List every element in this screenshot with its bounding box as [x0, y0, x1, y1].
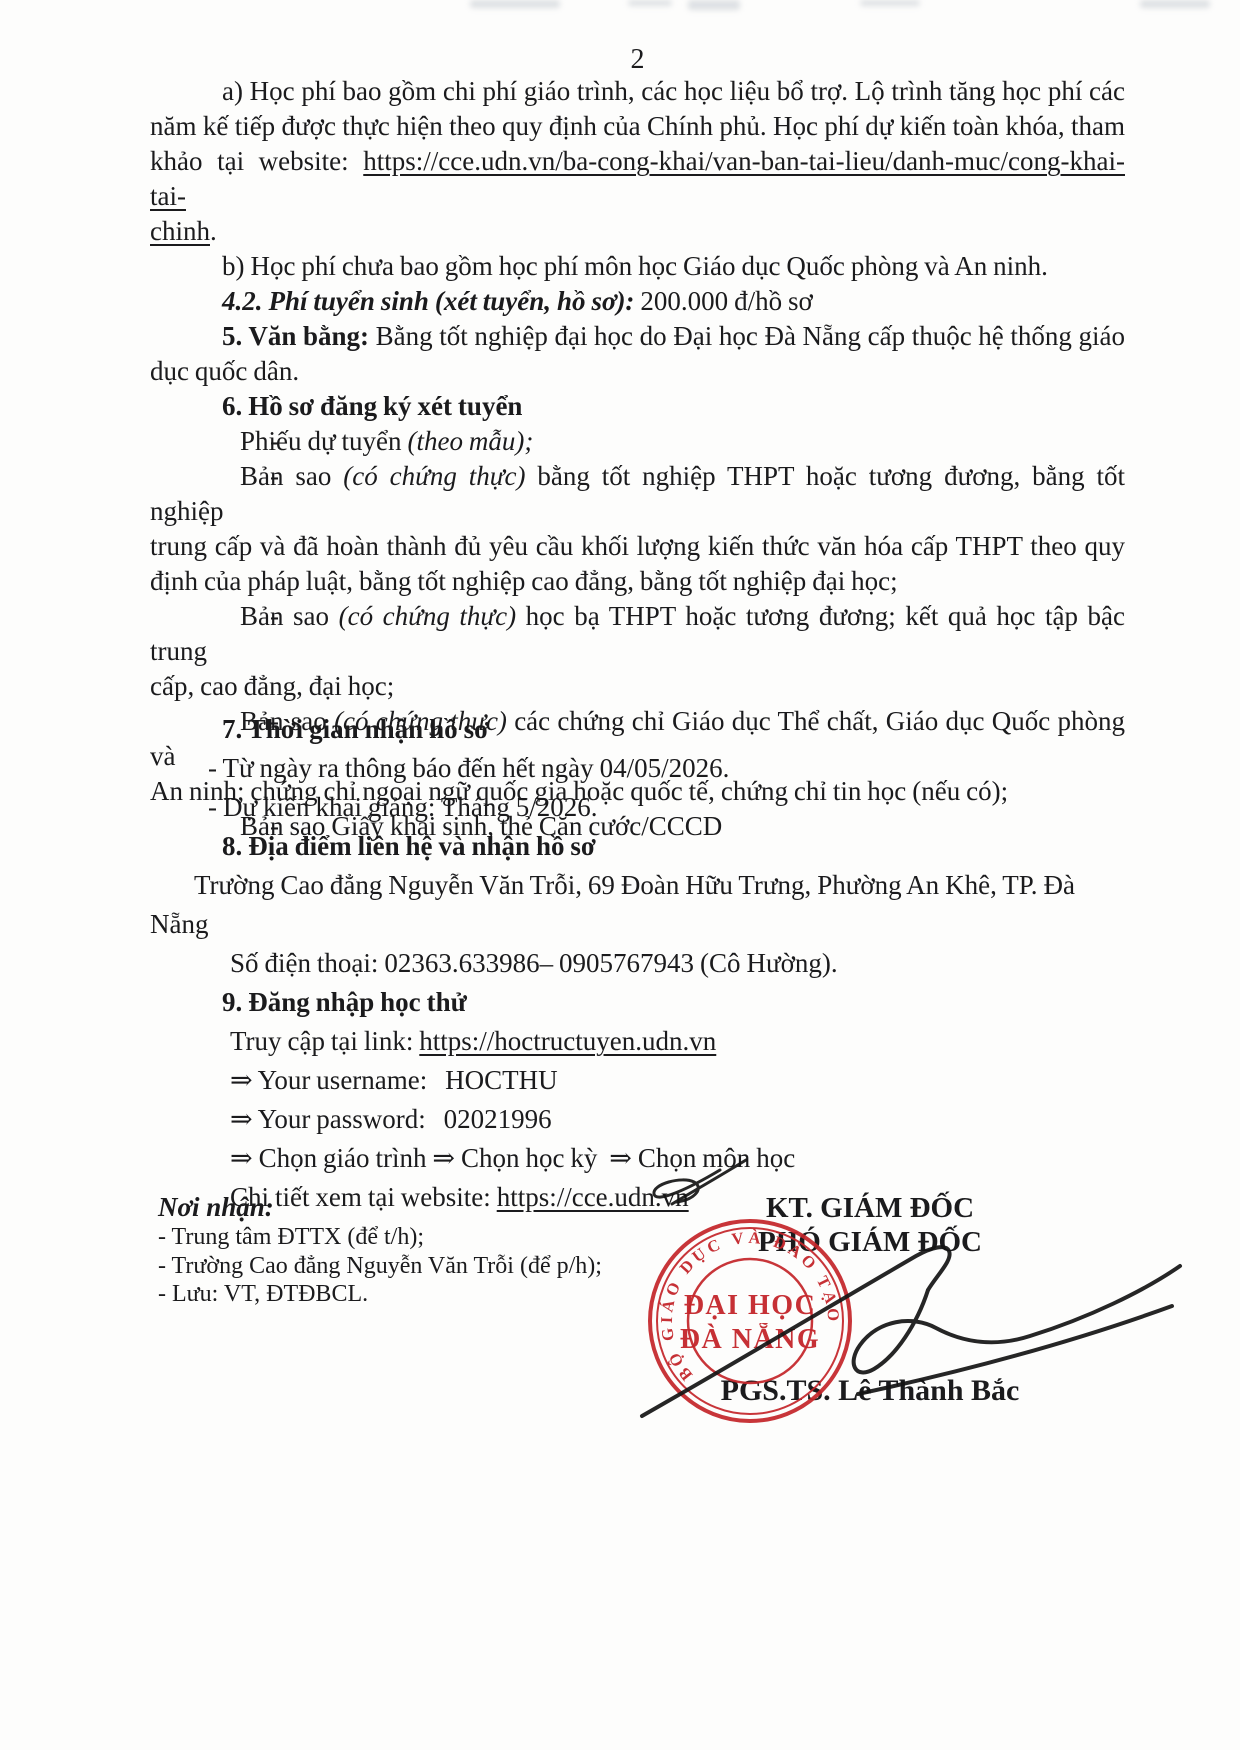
text-run: . — [210, 216, 217, 246]
heading-text: 6. Hồ sơ đăng ký xét tuyển — [222, 391, 522, 421]
deadline-line1: - Từ ngày ra thông báo đến hết ngày 04/0… — [150, 749, 1125, 788]
heading-text: 7. Thời gian nhận hồ sơ — [222, 714, 489, 744]
text-run: Phiếu dự tuyển — [240, 426, 407, 456]
document-body-lower: 7. Thời gian nhận hồ sơ - Từ ngày ra thô… — [150, 710, 1125, 1217]
text-run: - Từ ngày ra thông báo đến hết ngày 04/0… — [208, 753, 729, 783]
paragraph-tuition-a-line3: khảo tại website: https://cce.udn.vn/ba-… — [150, 144, 1125, 214]
dossier-item-2-line1: -Bản sao (có chứng thực) bằng tốt nghiệp… — [150, 459, 1125, 529]
heading-text: 8. Địa điểm liên hệ và nhận hồ sơ — [222, 831, 596, 861]
heading-dossier: 6. Hồ sơ đăng ký xét tuyển — [150, 389, 1125, 424]
list-dash: - — [210, 459, 240, 494]
text-run: ⇒ Your username: HOCTHU — [230, 1065, 558, 1095]
list-dash: - — [210, 599, 240, 634]
text-run: Bản sao — [240, 461, 343, 491]
text-run: ⇒ Your password: 02021996 — [230, 1104, 552, 1134]
location-phone: Số điện thoại: 02363.633986– 0905767943 … — [150, 944, 1125, 983]
italic-run: (theo mẫu); — [407, 426, 533, 456]
dossier-item-3-line2: cấp, cao đẳng, đại học; — [150, 669, 1125, 704]
italic-run: (có chứng thực) — [343, 461, 525, 491]
trial-access-line: Truy cập tại link: https://hoctructuyen.… — [150, 1022, 1125, 1061]
text-run: Trường Cao đẳng Nguyễn Văn Trỗi, 69 Đoàn… — [150, 870, 1081, 939]
paragraph-admission-fee: 4.2. Phí tuyển sinh (xét tuyển, hồ sơ): … — [150, 284, 1125, 319]
heading-location: 8. Địa điểm liên hệ và nhận hồ sơ — [150, 827, 1125, 866]
scanned-document-page: 2 a) Học phí bao gồm chi phí giáo trình,… — [0, 0, 1240, 1750]
text-run: trung cấp và đã hoàn thành đủ yêu cầu kh… — [150, 531, 1125, 561]
text-run: cấp, cao đẳng, đại học; — [150, 671, 394, 701]
heading-trial-login: 9. Đăng nhập học thử — [150, 983, 1125, 1022]
scan-smudge — [628, 0, 672, 6]
italic-run: (có chứng thực) — [339, 601, 517, 631]
trial-password-line: ⇒ Your password: 02021996 — [150, 1100, 1125, 1139]
scan-smudge — [860, 0, 920, 6]
trial-username-line: ⇒ Your username: HOCTHU — [150, 1061, 1125, 1100]
dossier-item-3-line1: -Bản sao (có chứng thực) học bạ THPT hoặ… — [150, 599, 1125, 669]
paragraph-tuition-a-line1: a) Học phí bao gồm chi phí giáo trình, c… — [150, 74, 1125, 109]
paragraph-tuition-a-line4: chinh. — [150, 214, 1125, 249]
tuition-fees-link-wrap[interactable]: chinh — [150, 216, 210, 246]
text-run: năm kế tiếp được thực hiện theo quy định… — [150, 111, 1125, 141]
text-run: khảo tại website: — [150, 146, 363, 176]
paragraph-degree-line2: dục quốc dân. — [150, 354, 1125, 389]
scan-smudge — [470, 0, 560, 8]
text-run: Số điện thoại: 02363.633986– 0905767943 … — [230, 948, 838, 978]
text-run: a) Học phí bao gồm chi phí giáo trình, c… — [222, 76, 1125, 106]
trial-site-link[interactable]: https://hoctructuyen.udn.vn — [419, 1026, 716, 1056]
scan-smudge — [688, 0, 740, 10]
text-run: b) Học phí chưa bao gồm học phí môn học … — [222, 251, 1048, 281]
paragraph-tuition-a-line2: năm kế tiếp được thực hiện theo quy định… — [150, 109, 1125, 144]
recipient-item: - Trường Cao đẳng Nguyễn Văn Trỗi (để p/… — [158, 1252, 678, 1281]
page-number: 2 — [150, 44, 1125, 76]
admission-fee-label: 4.2. Phí tuyển sinh (xét tuyển, hồ sơ): — [222, 286, 640, 316]
dossier-item-2-line2: trung cấp và đã hoàn thành đủ yêu cầu kh… — [150, 529, 1125, 564]
degree-label: 5. Văn bằng: — [222, 321, 376, 351]
text-run: Bản sao — [240, 601, 339, 631]
text-run: Bằng tốt nghiệp đại học do Đại học Đà Nẵ… — [376, 321, 1125, 351]
heading-text: 9. Đăng nhập học thử — [222, 987, 467, 1017]
text-run: - Dự kiến khai giảng: Tháng 5/2026. — [208, 792, 598, 822]
recipients-heading: Nơi nhận: — [158, 1192, 678, 1223]
recipient-item: - Trung tâm ĐTTX (để t/h); — [158, 1223, 678, 1252]
location-address: Trường Cao đẳng Nguyễn Văn Trỗi, 69 Đoàn… — [150, 866, 1125, 944]
text-run: định của pháp luật, bằng tốt nghiệp cao … — [150, 566, 898, 596]
handwritten-signature — [620, 1148, 1200, 1438]
paragraph-tuition-b: b) Học phí chưa bao gồm học phí môn học … — [150, 249, 1125, 284]
text-run: dục quốc dân. — [150, 356, 299, 386]
heading-deadline: 7. Thời gian nhận hồ sơ — [150, 710, 1125, 749]
deadline-line2: - Dự kiến khai giảng: Tháng 5/2026. — [150, 788, 1125, 827]
text-run: Truy cập tại link: — [230, 1026, 419, 1056]
dossier-item-2-line3: định của pháp luật, bằng tốt nghiệp cao … — [150, 564, 1125, 599]
dossier-item-1: -Phiếu dự tuyển (theo mẫu); — [150, 424, 1125, 459]
scan-smudge — [1140, 0, 1210, 8]
paragraph-degree-line1: 5. Văn bằng: Bằng tốt nghiệp đại học do … — [150, 319, 1125, 354]
recipients-block: Nơi nhận: - Trung tâm ĐTTX (để t/h); - T… — [158, 1192, 678, 1309]
list-dash: - — [210, 424, 240, 459]
admission-fee-value: 200.000 đ/hồ sơ — [640, 286, 812, 316]
recipient-item: - Lưu: VT, ĐTĐBCL. — [158, 1280, 678, 1309]
